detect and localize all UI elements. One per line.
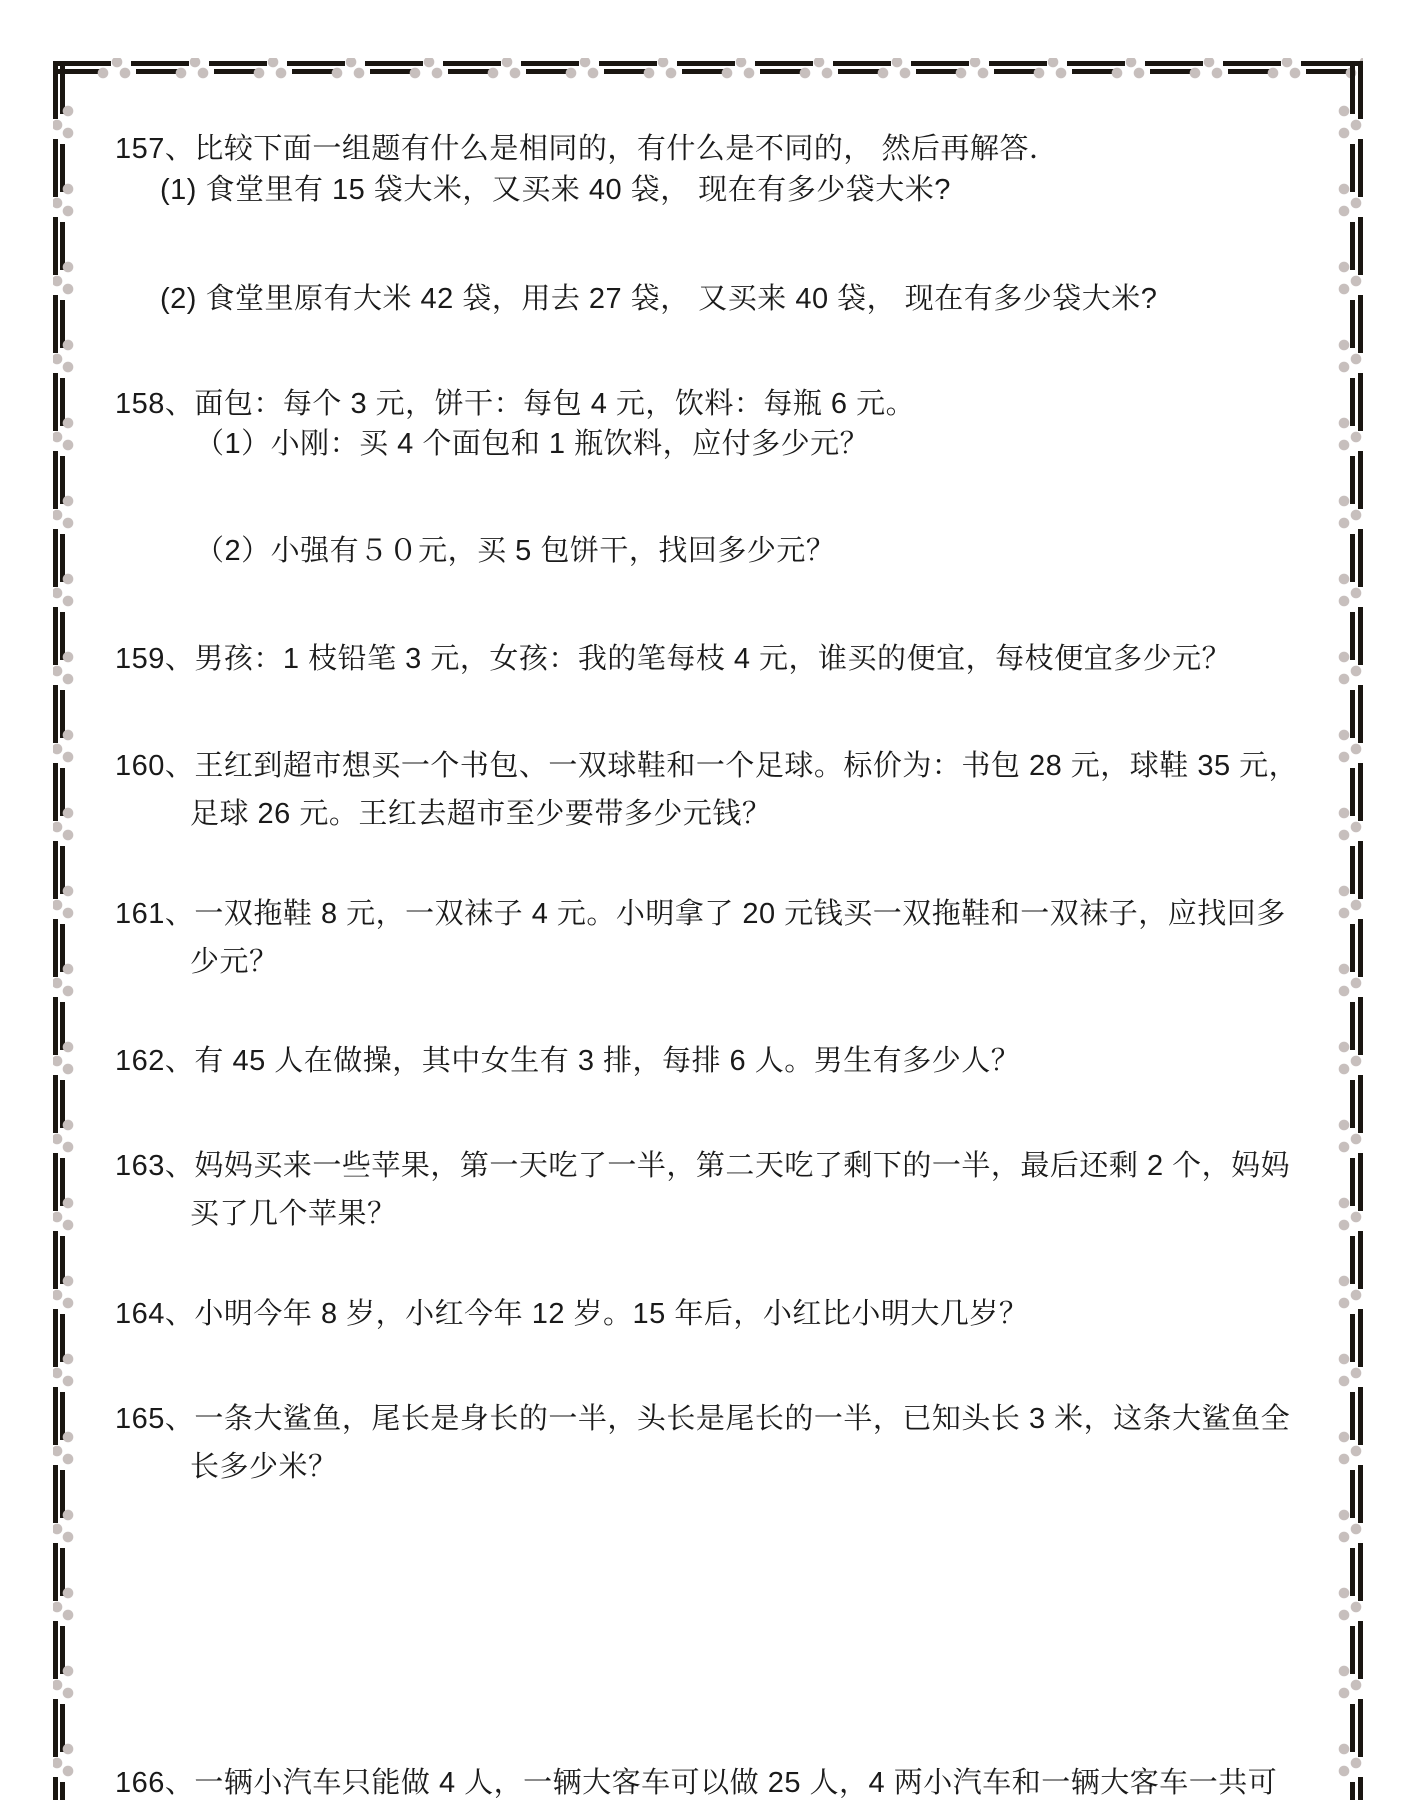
problem-166-text: 一辆小汽车只能做 4 人，一辆大客车可以做 25 人，4 两小汽车和一辆大客车一…	[194, 1767, 1277, 1799]
problem-164-text: 小明今年 8 岁，小红今年 12 岁。15 年后，小红比小明大几岁？	[194, 1298, 1028, 1330]
problem-159-line-1: 159、男孩：1 枝铅笔 3 元，女孩：我的笔每枝 4 元，谁买的便宜，每枝便宜…	[115, 640, 1231, 678]
problem-160-line-1: 160、王红到超市想买一个书包、一双球鞋和一个足球。标价为：书包 28 元，球鞋…	[115, 747, 1298, 785]
problem-161-text-2: 少元？	[190, 946, 279, 978]
problem-157-sub-1-text: (1) 食堂里有 15 袋大米，又买来 40 袋， 现在有多少袋大米?	[160, 174, 951, 206]
problem-165-line-2: 长多少米？	[190, 1448, 338, 1486]
problem-159-number: 159、	[115, 640, 194, 678]
problem-164-number: 164、	[115, 1295, 194, 1333]
problem-165-text-2: 长多少米？	[190, 1451, 338, 1483]
problem-158-sub-2: （2）小强有５０元，买 5 包饼干，找回多少元？	[195, 532, 835, 570]
problem-157-line-1: 157、比较下面一组题有什么是相同的，有什么是不同的， 然后再解答．	[115, 130, 1058, 168]
problem-158-sub-2-text: （2）小强有５０元，买 5 包饼干，找回多少元？	[195, 535, 835, 567]
problem-160-number: 160、	[115, 747, 194, 785]
problem-158-sub-1-text: （1）小刚：买 4 个面包和 1 瓶饮料，应付多少元？	[195, 428, 869, 460]
problem-157-sub-2: (2) 食堂里原有大米 42 袋，用去 27 袋， 又买来 40 袋， 现在有多…	[160, 280, 1157, 318]
decorative-border-right	[1336, 61, 1366, 1800]
problem-157-sub-1: (1) 食堂里有 15 袋大米，又买来 40 袋， 现在有多少袋大米?	[160, 171, 951, 209]
problem-163-line-2: 买了几个苹果？	[190, 1195, 397, 1233]
decorative-border-top	[53, 58, 1363, 82]
problem-161-text: 一双拖鞋 8 元，一双袜子 4 元。小明拿了 20 元钱买一双拖鞋和一双袜子，应…	[194, 898, 1285, 930]
problem-161-number: 161、	[115, 895, 194, 933]
problem-160-text: 王红到超市想买一个书包、一双球鞋和一个足球。标价为：书包 28 元，球鞋 35 …	[194, 750, 1298, 782]
problem-157-sub-2-text: (2) 食堂里原有大米 42 袋，用去 27 袋， 又买来 40 袋， 现在有多…	[160, 283, 1157, 315]
problem-157-text: 比较下面一组题有什么是相同的，有什么是不同的， 然后再解答．	[194, 133, 1058, 165]
problem-161-line-1: 161、一双拖鞋 8 元，一双袜子 4 元。小明拿了 20 元钱买一双拖鞋和一双…	[115, 895, 1286, 933]
problem-162-line-1: 162、有 45 人在做操，其中女生有 3 排，每排 6 人。男生有多少人？	[115, 1042, 1020, 1080]
problem-161-line-2: 少元？	[190, 943, 279, 981]
worksheet-page: 157、比较下面一组题有什么是相同的，有什么是不同的， 然后再解答． (1) 食…	[0, 0, 1413, 1800]
problem-166-line-1: 166、一辆小汽车只能做 4 人，一辆大客车可以做 25 人，4 两小汽车和一辆…	[115, 1764, 1277, 1800]
problem-158-number: 158、	[115, 385, 194, 423]
decorative-border-left	[53, 61, 77, 1800]
problem-164-line-1: 164、小明今年 8 岁，小红今年 12 岁。15 年后，小红比小明大几岁？	[115, 1295, 1028, 1333]
problem-162-number: 162、	[115, 1042, 194, 1080]
problem-163-text-2: 买了几个苹果？	[190, 1198, 397, 1230]
problem-165-number: 165、	[115, 1400, 194, 1438]
problem-160-text-2: 足球 26 元。王红去超市至少要带多少元钱？	[190, 798, 771, 830]
problem-163-number: 163、	[115, 1147, 194, 1185]
problem-162-text: 有 45 人在做操，其中女生有 3 排，每排 6 人。男生有多少人？	[194, 1045, 1020, 1077]
problem-166-number: 166、	[115, 1764, 194, 1800]
problem-157-number: 157、	[115, 130, 194, 168]
problem-158-text: 面包：每个 3 元，饼干：每包 4 元，饮料：每瓶 6 元。	[194, 388, 915, 420]
problem-165-text: 一条大鲨鱼，尾长是身长的一半，头长是尾长的一半，已知头长 3 米，这条大鲨鱼全	[194, 1403, 1290, 1435]
problem-159-text: 男孩：1 枝铅笔 3 元，女孩：我的笔每枝 4 元，谁买的便宜，每枝便宜多少元？	[194, 643, 1231, 675]
problem-165-line-1: 165、一条大鲨鱼，尾长是身长的一半，头长是尾长的一半，已知头长 3 米，这条大…	[115, 1400, 1290, 1438]
problem-160-line-2: 足球 26 元。王红去超市至少要带多少元钱？	[190, 795, 771, 833]
problem-158-sub-1: （1）小刚：买 4 个面包和 1 瓶饮料，应付多少元？	[195, 425, 869, 463]
problem-163-line-1: 163、妈妈买来一些苹果，第一天吃了一半，第二天吃了剩下的一半，最后还剩 2 个…	[115, 1147, 1290, 1185]
problem-158-line-1: 158、面包：每个 3 元，饼干：每包 4 元，饮料：每瓶 6 元。	[115, 385, 915, 423]
problem-163-text: 妈妈买来一些苹果，第一天吃了一半，第二天吃了剩下的一半，最后还剩 2 个，妈妈	[194, 1150, 1290, 1182]
